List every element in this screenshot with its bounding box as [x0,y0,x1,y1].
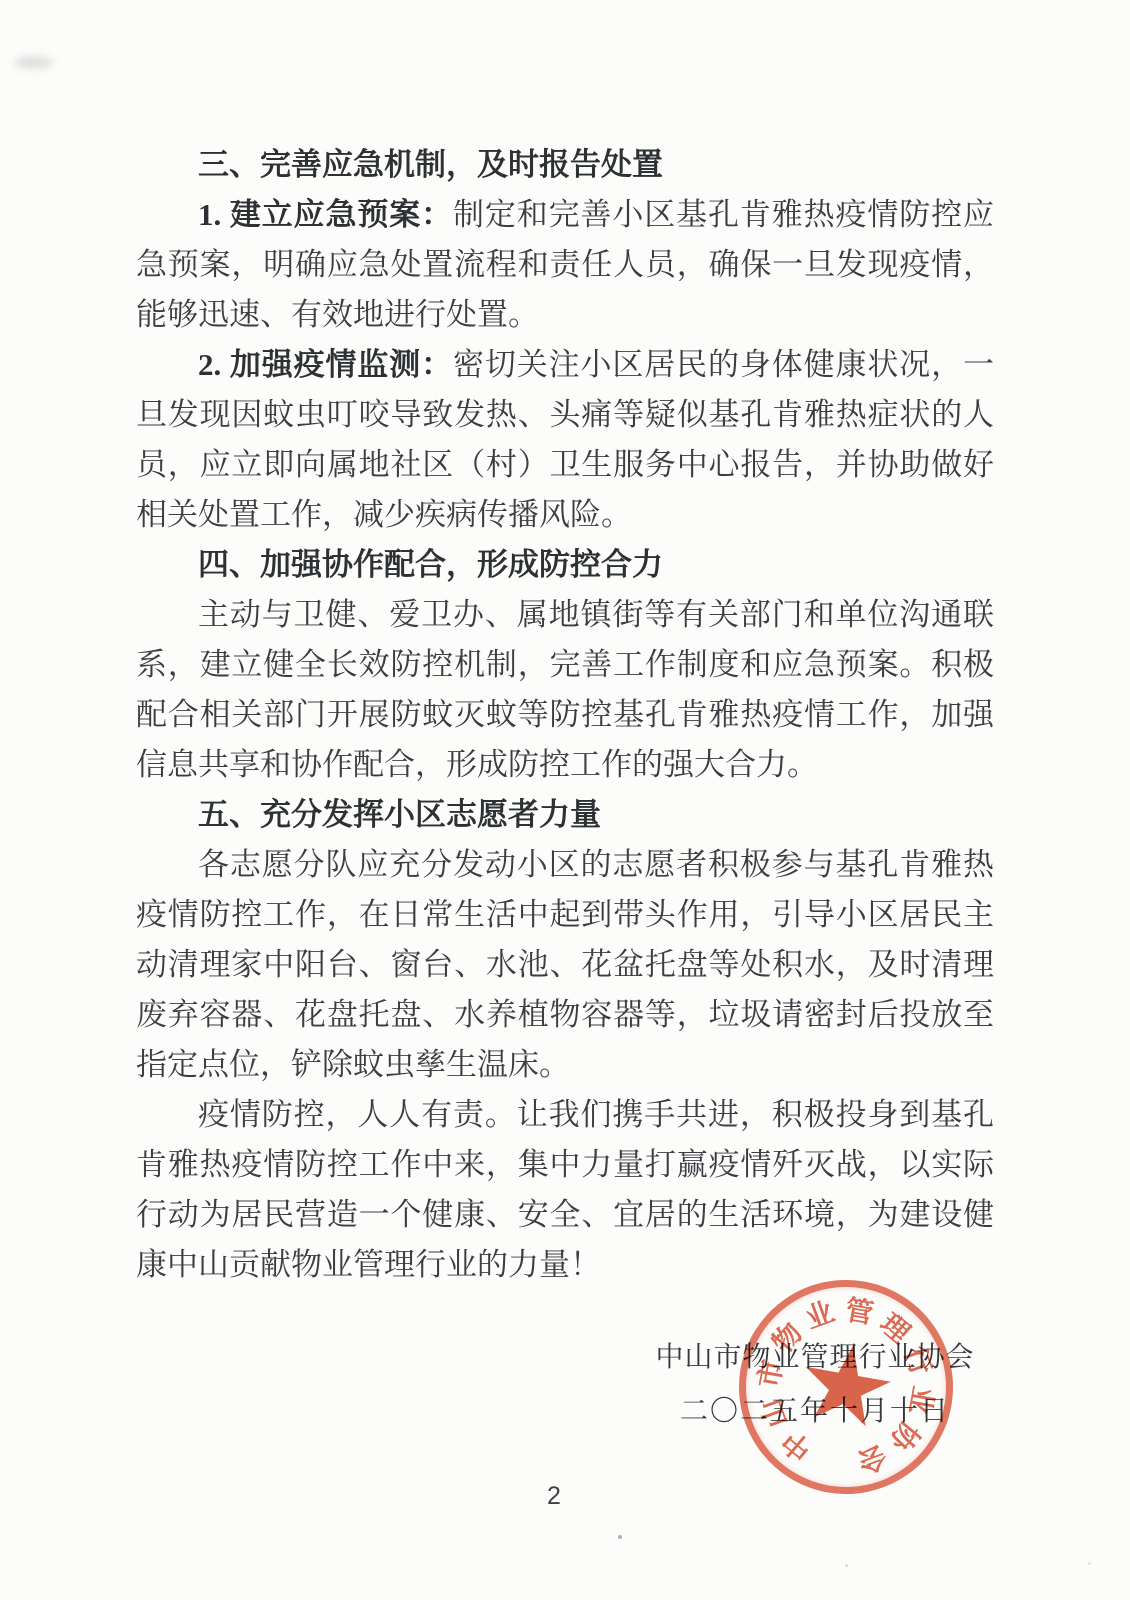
seal-arc-char: 理 [873,1303,920,1352]
document-body: 三、完善应急机制，及时报告处置1. 建立应急预案：制定和完善小区基孔肯雅热疫情防… [136,140,994,1290]
seal-arc-char: 业 [901,1383,945,1418]
section-heading: 四、加强协作配合，形成防控合力 [136,540,994,590]
document-page: 三、完善应急机制，及时报告处置1. 建立应急预案：制定和完善小区基孔肯雅热疫情防… [0,0,1130,1600]
seal-arc-char: 中 [772,1422,819,1471]
seal-arc-char: 山 [749,1394,796,1434]
seal-arc-char: 行 [896,1340,943,1380]
seal-arc-text: 中山市物业管理行业协会 [722,1263,970,1511]
scan-speck [618,1535,622,1539]
seal-arc-char: 市 [747,1356,791,1391]
official-seal: 中山市物业管理行业协会 [722,1263,970,1511]
paragraph-lead: 2. 加强疫情监测： [198,347,453,382]
paragraph-lead: 1. 建立应急预案： [198,197,453,232]
seal-arc-char: 物 [762,1313,811,1360]
document-paragraph: 疫情防控，人人有责。让我们携手共进，积极投身到基孔肯雅热疫情防控工作中来，集中力… [136,1090,994,1290]
seal-arc-char: 协 [881,1414,930,1461]
scan-speck [845,1564,848,1567]
section-heading: 三、完善应急机制，及时报告处置 [136,140,994,190]
section-heading: 五、充分发挥小区志愿者力量 [136,790,994,840]
scan-speck [1088,1562,1091,1565]
scan-smudge-mark [14,56,54,69]
document-paragraph: 主动与卫健、爱卫办、属地镇街等有关部门和单位沟通联系，建立健全长效防控机制，完善… [136,590,994,790]
seal-arc-char: 会 [853,1437,893,1484]
document-paragraph: 2. 加强疫情监测：密切关注小区居民的身体健康状况，一旦发现因蚊虫叮咬导致发热、… [136,340,994,540]
seal-arc-char: 管 [842,1288,877,1332]
seal-arc-char: 业 [799,1290,839,1337]
page-number: 2 [536,1482,572,1511]
document-paragraph: 各志愿分队应充分发动小区的志愿者积极参与基孔肯雅热疫情防控工作，在日常生活中起到… [136,840,994,1090]
document-paragraph: 1. 建立应急预案：制定和完善小区基孔肯雅热疫情防控应急预案，明确应急处置流程和… [136,190,994,340]
